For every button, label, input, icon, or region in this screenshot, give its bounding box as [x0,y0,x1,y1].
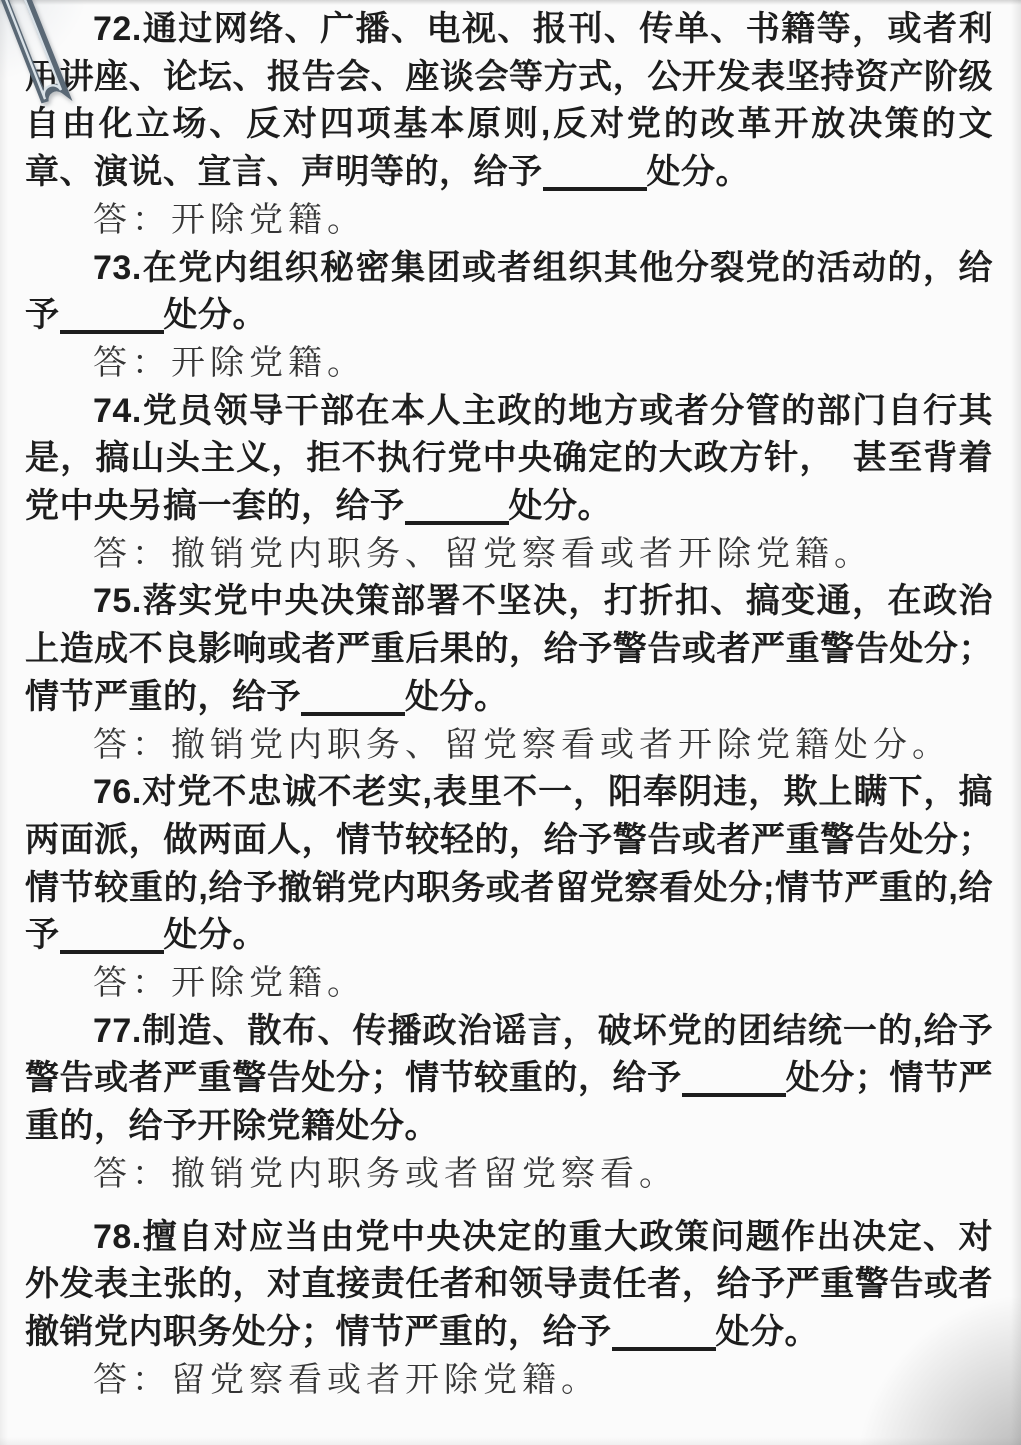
answer-paragraph: 答：撤销党内职务、留党察看或者开除党籍。 [25,531,993,579]
question-text-after-blank: 处分。 [164,296,268,334]
question-text-after-blank: 处分。 [509,487,613,525]
question-text-before-blank: 78.擅自对应当由党中央决定的重大政策问题作出决定、对外发表主张的，对直接责任者… [25,1218,993,1351]
qa-item: 73.在党内组织秘密集团或者组织其他分裂党的活动的，给予处分。 答：开除党籍。 [25,245,993,388]
answer-label: 答： [93,1362,171,1399]
blank-line [301,678,405,716]
answer-paragraph: 答：撤销党内职务、留党察看或者开除党籍处分。 [25,722,993,770]
blank-line [405,487,509,525]
question-paragraph: 76.对党不忠诚不老实,表里不一，阳奉阴违，欺上瞒下，搞两面派，做两面人，情节较… [25,769,993,960]
question-text-after-blank: 处分。 [647,153,751,191]
qa-list: 72.通过网络、广播、电视、报刊、传单、书籍等，或者利用讲座、论坛、报告会、座谈… [25,6,993,1404]
question-paragraph: 75.落实党中央决策部署不坚决，打折扣、搞变通，在政治上造成不良影响或者严重后果… [25,578,993,721]
answer-paragraph: 答：开除党籍。 [25,340,993,388]
question-text-before-blank: 75.落实党中央决策部署不坚决，打折扣、搞变通，在政治上造成不良影响或者严重后果… [25,582,993,715]
blank-line [60,916,164,954]
answer-label: 答： [93,727,171,764]
blank-line [682,1059,786,1097]
question-paragraph: 72.通过网络、广播、电视、报刊、传单、书籍等，或者利用讲座、论坛、报告会、座谈… [25,6,993,197]
answer-paragraph: 答：留党察看或者开除党籍。 [25,1357,993,1405]
answer-text: 撤销党内职务或者留党察看。 [171,1156,678,1193]
paperclip-icon [0,0,74,120]
answer-paragraph: 答：开除党籍。 [25,197,993,245]
answer-text: 留党察看或者开除党籍。 [171,1362,600,1399]
answer-text: 撤销党内职务、留党察看或者开除党籍处分。 [171,727,951,764]
answer-label: 答： [93,536,171,573]
qa-item: 75.落实党中央决策部署不坚决，打折扣、搞变通，在政治上造成不良影响或者严重后果… [25,578,993,769]
qa-item: 77.制造、散布、传播政治谣言，破坏党的团结统一的,给予警告或者严重警告处分；情… [25,1008,993,1199]
question-paragraph: 78.擅自对应当由党中央决定的重大政策问题作出决定、对外发表主张的，对直接责任者… [25,1214,993,1357]
question-text-after-blank: 处分。 [164,916,268,954]
answer-label: 答： [93,1156,171,1193]
answer-paragraph: 答：开除党籍。 [25,960,993,1008]
document-page: 72.通过网络、广播、电视、报刊、传单、书籍等，或者利用讲座、论坛、报告会、座谈… [0,0,1021,1445]
blank-line [543,153,647,191]
question-text-after-blank: 处分。 [405,678,509,716]
answer-label: 答： [93,965,171,1002]
answer-label: 答： [93,345,171,382]
question-paragraph: 73.在党内组织秘密集团或者组织其他分裂党的活动的，给予处分。 [25,245,993,340]
qa-item: 78.擅自对应当由党中央决定的重大政策问题作出决定、对外发表主张的，对直接责任者… [25,1214,993,1405]
question-paragraph: 74.党员领导干部在本人主政的地方或者分管的部门自行其是，搞山头主义，拒不执行党… [25,388,993,531]
answer-text: 开除党籍。 [171,965,366,1002]
qa-item: 72.通过网络、广播、电视、报刊、传单、书籍等，或者利用讲座、论坛、报告会、座谈… [25,6,993,245]
qa-item: 74.党员领导干部在本人主政的地方或者分管的部门自行其是，搞山头主义，拒不执行党… [25,388,993,579]
answer-paragraph: 答：撤销党内职务或者留党察看。 [25,1151,993,1199]
blank-line [612,1313,716,1351]
answer-label: 答： [93,202,171,239]
question-paragraph: 77.制造、散布、传播政治谣言，破坏党的团结统一的,给予警告或者严重警告处分；情… [25,1008,993,1151]
answer-text: 开除党籍。 [171,202,366,239]
answer-text: 开除党籍。 [171,345,366,382]
answer-text: 撤销党内职务、留党察看或者开除党籍。 [171,536,873,573]
qa-item: 76.对党不忠诚不老实,表里不一，阳奉阴违，欺上瞒下，搞两面派，做两面人，情节较… [25,769,993,1008]
question-text-after-blank: 处分。 [716,1313,820,1351]
blank-line [60,296,164,334]
question-text-before-blank: 72.通过网络、广播、电视、报刊、传单、书籍等，或者利用讲座、论坛、报告会、座谈… [25,10,993,191]
